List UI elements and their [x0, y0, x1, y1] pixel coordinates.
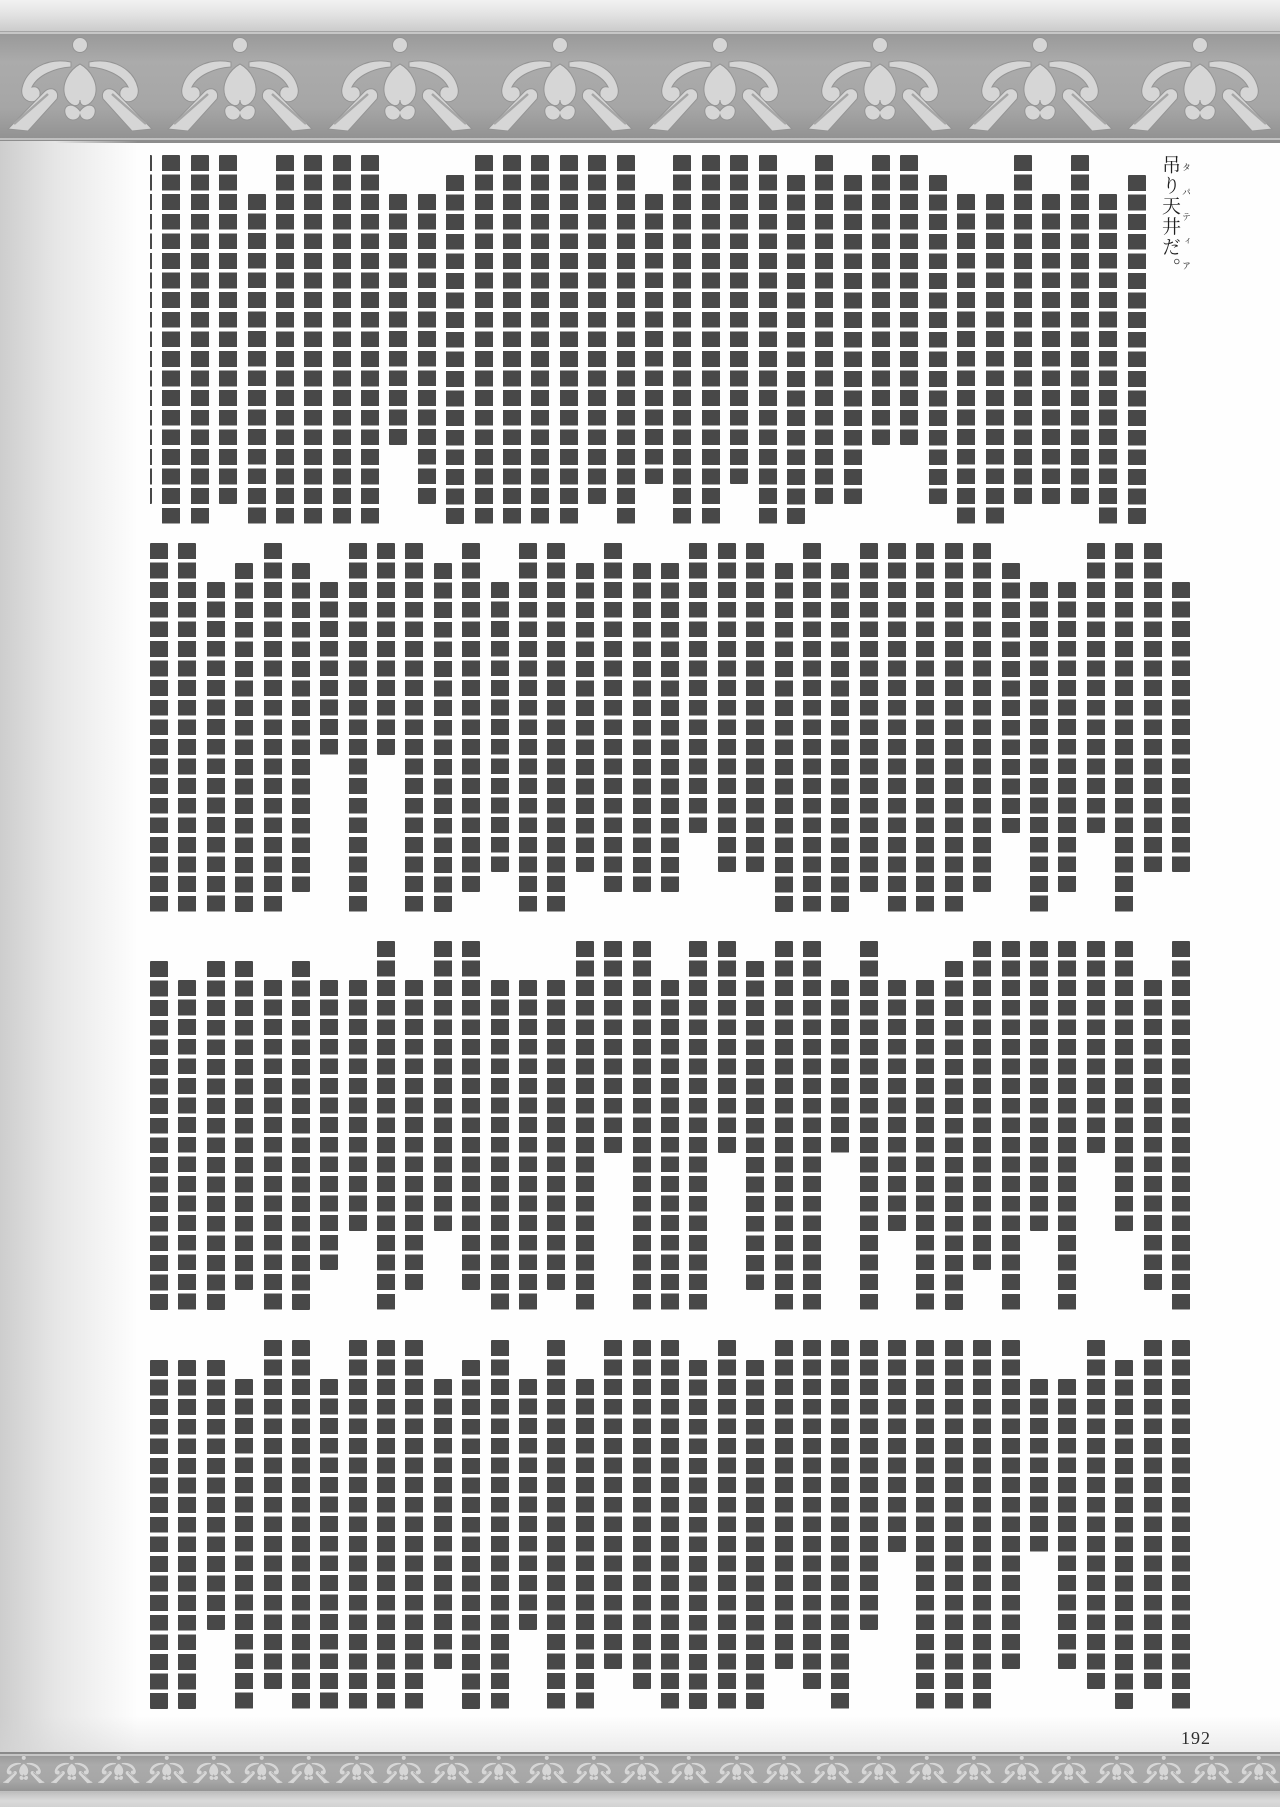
text-column-redacted — [405, 543, 423, 912]
bottom-ornament-border — [0, 1752, 1280, 1795]
text-column-redacted — [1071, 155, 1089, 504]
text-column-redacted — [178, 1360, 196, 1709]
text-column-redacted — [248, 194, 266, 523]
text-column-redacted — [661, 1340, 679, 1709]
text-column-redacted — [1030, 1379, 1048, 1552]
text-column-redacted — [576, 941, 594, 1310]
ornament-motif-icon — [760, 1754, 808, 1786]
text-column-redacted — [775, 941, 793, 1310]
text-column-redacted — [945, 961, 963, 1310]
text-column-redacted — [503, 155, 521, 524]
text-column-redacted — [405, 980, 423, 1290]
text-column-redacted — [1144, 1340, 1162, 1689]
text-column-redacted — [1172, 941, 1190, 1310]
text-column-redacted — [519, 980, 537, 1309]
text-column-redacted — [292, 563, 310, 892]
text-column-redacted — [860, 941, 878, 1310]
text-column-redacted — [531, 155, 549, 524]
text-column-redacted — [349, 1340, 367, 1709]
text-band — [150, 941, 1190, 1315]
ornament-motif-icon — [190, 1754, 238, 1786]
text-column-redacted — [491, 1340, 509, 1709]
text-column-redacted — [150, 1360, 168, 1709]
ornament-motif-icon — [1140, 1754, 1188, 1786]
text-column-redacted — [491, 980, 509, 1309]
text-column-redacted — [1087, 1340, 1105, 1689]
text-column-redacted — [1087, 941, 1105, 1153]
text-column-redacted — [235, 563, 253, 912]
text-column-redacted — [916, 543, 934, 912]
text-column-redacted — [730, 155, 748, 484]
ornament-motif-icon — [428, 1754, 476, 1786]
text-column-redacted — [235, 1379, 253, 1708]
text-column-redacted — [945, 543, 963, 912]
text-column-redacted — [320, 1379, 338, 1708]
ornament-motif-icon — [48, 1754, 96, 1786]
text-column-redacted — [547, 543, 565, 912]
text-column-redacted — [633, 1340, 651, 1689]
text-column-redacted — [673, 155, 691, 524]
text-column-redacted — [645, 194, 663, 484]
text-column-redacted — [945, 1340, 963, 1709]
top-ornament-border — [0, 32, 1280, 143]
text-column-redacted — [1002, 941, 1020, 1310]
page-number: 192 — [1181, 1728, 1211, 1749]
text-column-redacted — [689, 543, 707, 833]
ornament-motif-icon — [160, 32, 320, 138]
text-column-redacted — [560, 155, 578, 524]
top-paper-edge — [0, 0, 1280, 32]
text-column-redacted — [178, 980, 196, 1309]
text-column-redacted — [264, 1340, 282, 1689]
text-column-redacted — [405, 1340, 423, 1709]
ornament-motif-icon — [1188, 1754, 1236, 1786]
bottom-paper-edge — [0, 1793, 1280, 1807]
text-band — [150, 1340, 1190, 1713]
text-column-redacted — [661, 980, 679, 1309]
text-column-redacted — [746, 1360, 764, 1709]
ornament-motif-icon — [143, 1754, 191, 1786]
text-column-redacted — [150, 155, 152, 504]
text-column-redacted — [377, 543, 395, 755]
text-column-redacted — [831, 563, 849, 912]
text-column-redacted — [1087, 543, 1105, 833]
book-page: 吊り天井だ。タパティア 192 — [0, 0, 1280, 1807]
text-column-redacted — [1172, 582, 1190, 872]
text-column-redacted — [361, 155, 379, 524]
text-column-redacted — [264, 543, 282, 912]
ornament-motif-icon — [475, 1754, 523, 1786]
text-column-redacted — [604, 1340, 622, 1669]
text-column-redacted — [1042, 194, 1060, 504]
text-column-redacted — [349, 543, 367, 912]
text-column-redacted — [576, 563, 594, 873]
text-column-redacted — [633, 563, 651, 892]
text-column-redacted — [916, 1340, 934, 1709]
ornament-motif-icon — [0, 32, 160, 138]
ornament-motif-icon — [800, 32, 960, 138]
text-column-redacted — [957, 194, 975, 523]
text-column-redacted — [718, 941, 736, 1153]
text-column-redacted — [475, 155, 493, 524]
ornament-motif-icon — [1120, 32, 1280, 138]
text-column-redacted — [929, 175, 947, 504]
text-column-redacted — [860, 543, 878, 892]
text-column-redacted — [276, 155, 294, 524]
text-column-redacted — [775, 1340, 793, 1669]
text-column-redacted — [320, 582, 338, 755]
text-column-redacted — [547, 1340, 565, 1709]
text-column-redacted — [973, 1340, 991, 1709]
text-column-redacted — [207, 961, 225, 1310]
text-band: 吊り天井だ。タパティア — [150, 155, 1190, 525]
text-column-redacted — [746, 543, 764, 872]
opening-line-column: 吊り天井だ。タパティア — [1156, 155, 1190, 525]
text-column-redacted — [1014, 155, 1032, 504]
ornament-motif-icon — [238, 1754, 286, 1786]
text-column-redacted — [617, 155, 635, 524]
text-column-redacted — [986, 194, 1004, 523]
text-column-redacted — [1144, 980, 1162, 1290]
ornament-motif-icon — [1093, 1754, 1141, 1786]
text-column-redacted — [973, 543, 991, 892]
text-column-redacted — [191, 155, 209, 524]
text-column-redacted — [446, 175, 464, 524]
text-column-redacted — [1058, 941, 1076, 1310]
text-column-redacted — [292, 961, 310, 1310]
text-column-redacted — [377, 941, 395, 1310]
text-column-redacted — [803, 1340, 821, 1689]
ornament-motif-icon — [1045, 1754, 1093, 1786]
ornament-motif-icon — [950, 1754, 998, 1786]
text-column-redacted — [162, 155, 180, 524]
text-column-redacted — [434, 563, 452, 912]
left-page-edge-shading — [0, 141, 138, 1752]
ornament-motif-icon — [95, 1754, 143, 1786]
text-column-redacted — [1002, 563, 1020, 834]
text-column-redacted — [718, 1340, 736, 1709]
text-column-redacted — [689, 1360, 707, 1709]
ornament-motif-icon — [523, 1754, 571, 1786]
text-column-redacted — [462, 1360, 480, 1709]
ornament-motif-icon — [320, 32, 480, 138]
text-column-redacted — [462, 941, 480, 1290]
text-band — [150, 543, 1190, 918]
ornament-motif-icon — [903, 1754, 951, 1786]
text-column-redacted — [519, 1379, 537, 1630]
text-column-redacted — [434, 1379, 452, 1669]
text-column-redacted — [1115, 543, 1133, 912]
text-column-redacted — [462, 543, 480, 892]
text-column-redacted — [1099, 194, 1117, 523]
text-column-redacted — [207, 582, 225, 911]
text-column-redacted — [803, 543, 821, 912]
text-column-redacted — [519, 543, 537, 912]
text-column-redacted — [207, 1360, 225, 1631]
text-column-redacted — [1002, 1340, 1020, 1669]
text-column-redacted — [916, 980, 934, 1309]
text-column-redacted — [150, 543, 168, 912]
text-column-redacted — [844, 175, 862, 504]
text-column-redacted — [888, 543, 906, 912]
text-column-redacted — [1115, 941, 1133, 1231]
text-column-redacted — [787, 175, 805, 524]
ornament-motif-icon — [380, 1754, 428, 1786]
text-column-redacted — [491, 582, 509, 872]
text-column-redacted — [389, 194, 407, 445]
text-column-redacted — [604, 941, 622, 1153]
ornament-motif-icon — [570, 1754, 618, 1786]
ornament-motif-icon — [1235, 1754, 1280, 1786]
ornament-motif-icon — [285, 1754, 333, 1786]
text-column-redacted — [831, 1340, 849, 1709]
text-column-redacted — [264, 980, 282, 1309]
text-column-redacted — [860, 1340, 878, 1630]
text-column-redacted — [588, 155, 606, 504]
text-column-redacted — [235, 961, 253, 1290]
text-column-redacted — [304, 155, 322, 524]
text-column-redacted — [803, 941, 821, 1310]
ornament-motif-icon — [808, 1754, 856, 1786]
text-column-redacted — [150, 961, 168, 1310]
ornament-motif-icon — [640, 32, 800, 138]
text-column-redacted — [872, 155, 890, 445]
text-column-redacted — [547, 980, 565, 1290]
ornament-motif-icon — [998, 1754, 1046, 1786]
text-column-redacted — [900, 155, 918, 445]
text-column-redacted — [576, 1379, 594, 1708]
text-column-redacted — [1115, 1360, 1133, 1709]
text-column-redacted — [418, 194, 436, 504]
text-column-redacted — [219, 155, 237, 504]
text-column-redacted — [1128, 175, 1146, 524]
text-column-redacted — [888, 1340, 906, 1552]
text-column-redacted — [434, 941, 452, 1231]
text-column-redacted — [1172, 1340, 1190, 1709]
ornament-motif-icon — [618, 1754, 666, 1786]
text-column-redacted — [775, 563, 793, 912]
ornament-motif-icon — [0, 1754, 48, 1786]
text-column-redacted — [718, 543, 736, 872]
text-column-redacted — [1030, 582, 1048, 911]
text-column-redacted — [349, 980, 367, 1231]
text-column-redacted — [604, 543, 622, 892]
text-column-redacted — [633, 941, 651, 1310]
text-column-redacted — [702, 155, 720, 524]
text-column-redacted — [689, 941, 707, 1310]
text-column-redacted — [1144, 543, 1162, 872]
text-column-redacted — [1030, 941, 1048, 1231]
text-column-redacted — [178, 543, 196, 912]
ornament-motif-icon — [665, 1754, 713, 1786]
text-column-redacted — [320, 980, 338, 1270]
text-column-redacted — [831, 980, 849, 1153]
text-column-redacted — [292, 1340, 310, 1709]
page-curl-shading — [0, 1716, 1280, 1752]
text-column-redacted — [333, 155, 351, 524]
ornament-motif-icon — [713, 1754, 761, 1786]
text-column-redacted — [746, 961, 764, 1290]
text-column-redacted — [973, 941, 991, 1270]
text-column-redacted — [759, 155, 777, 524]
text-column-redacted — [888, 980, 906, 1231]
ornament-motif-icon — [855, 1754, 903, 1786]
ornament-motif-icon — [480, 32, 640, 138]
text-column-redacted — [815, 155, 833, 504]
text-column-redacted — [377, 1340, 395, 1709]
ornament-motif-icon — [960, 32, 1120, 138]
ornament-motif-icon — [333, 1754, 381, 1786]
text-column-redacted — [1058, 1379, 1076, 1669]
text-column-redacted — [661, 563, 679, 892]
text-column-redacted — [1058, 582, 1076, 892]
